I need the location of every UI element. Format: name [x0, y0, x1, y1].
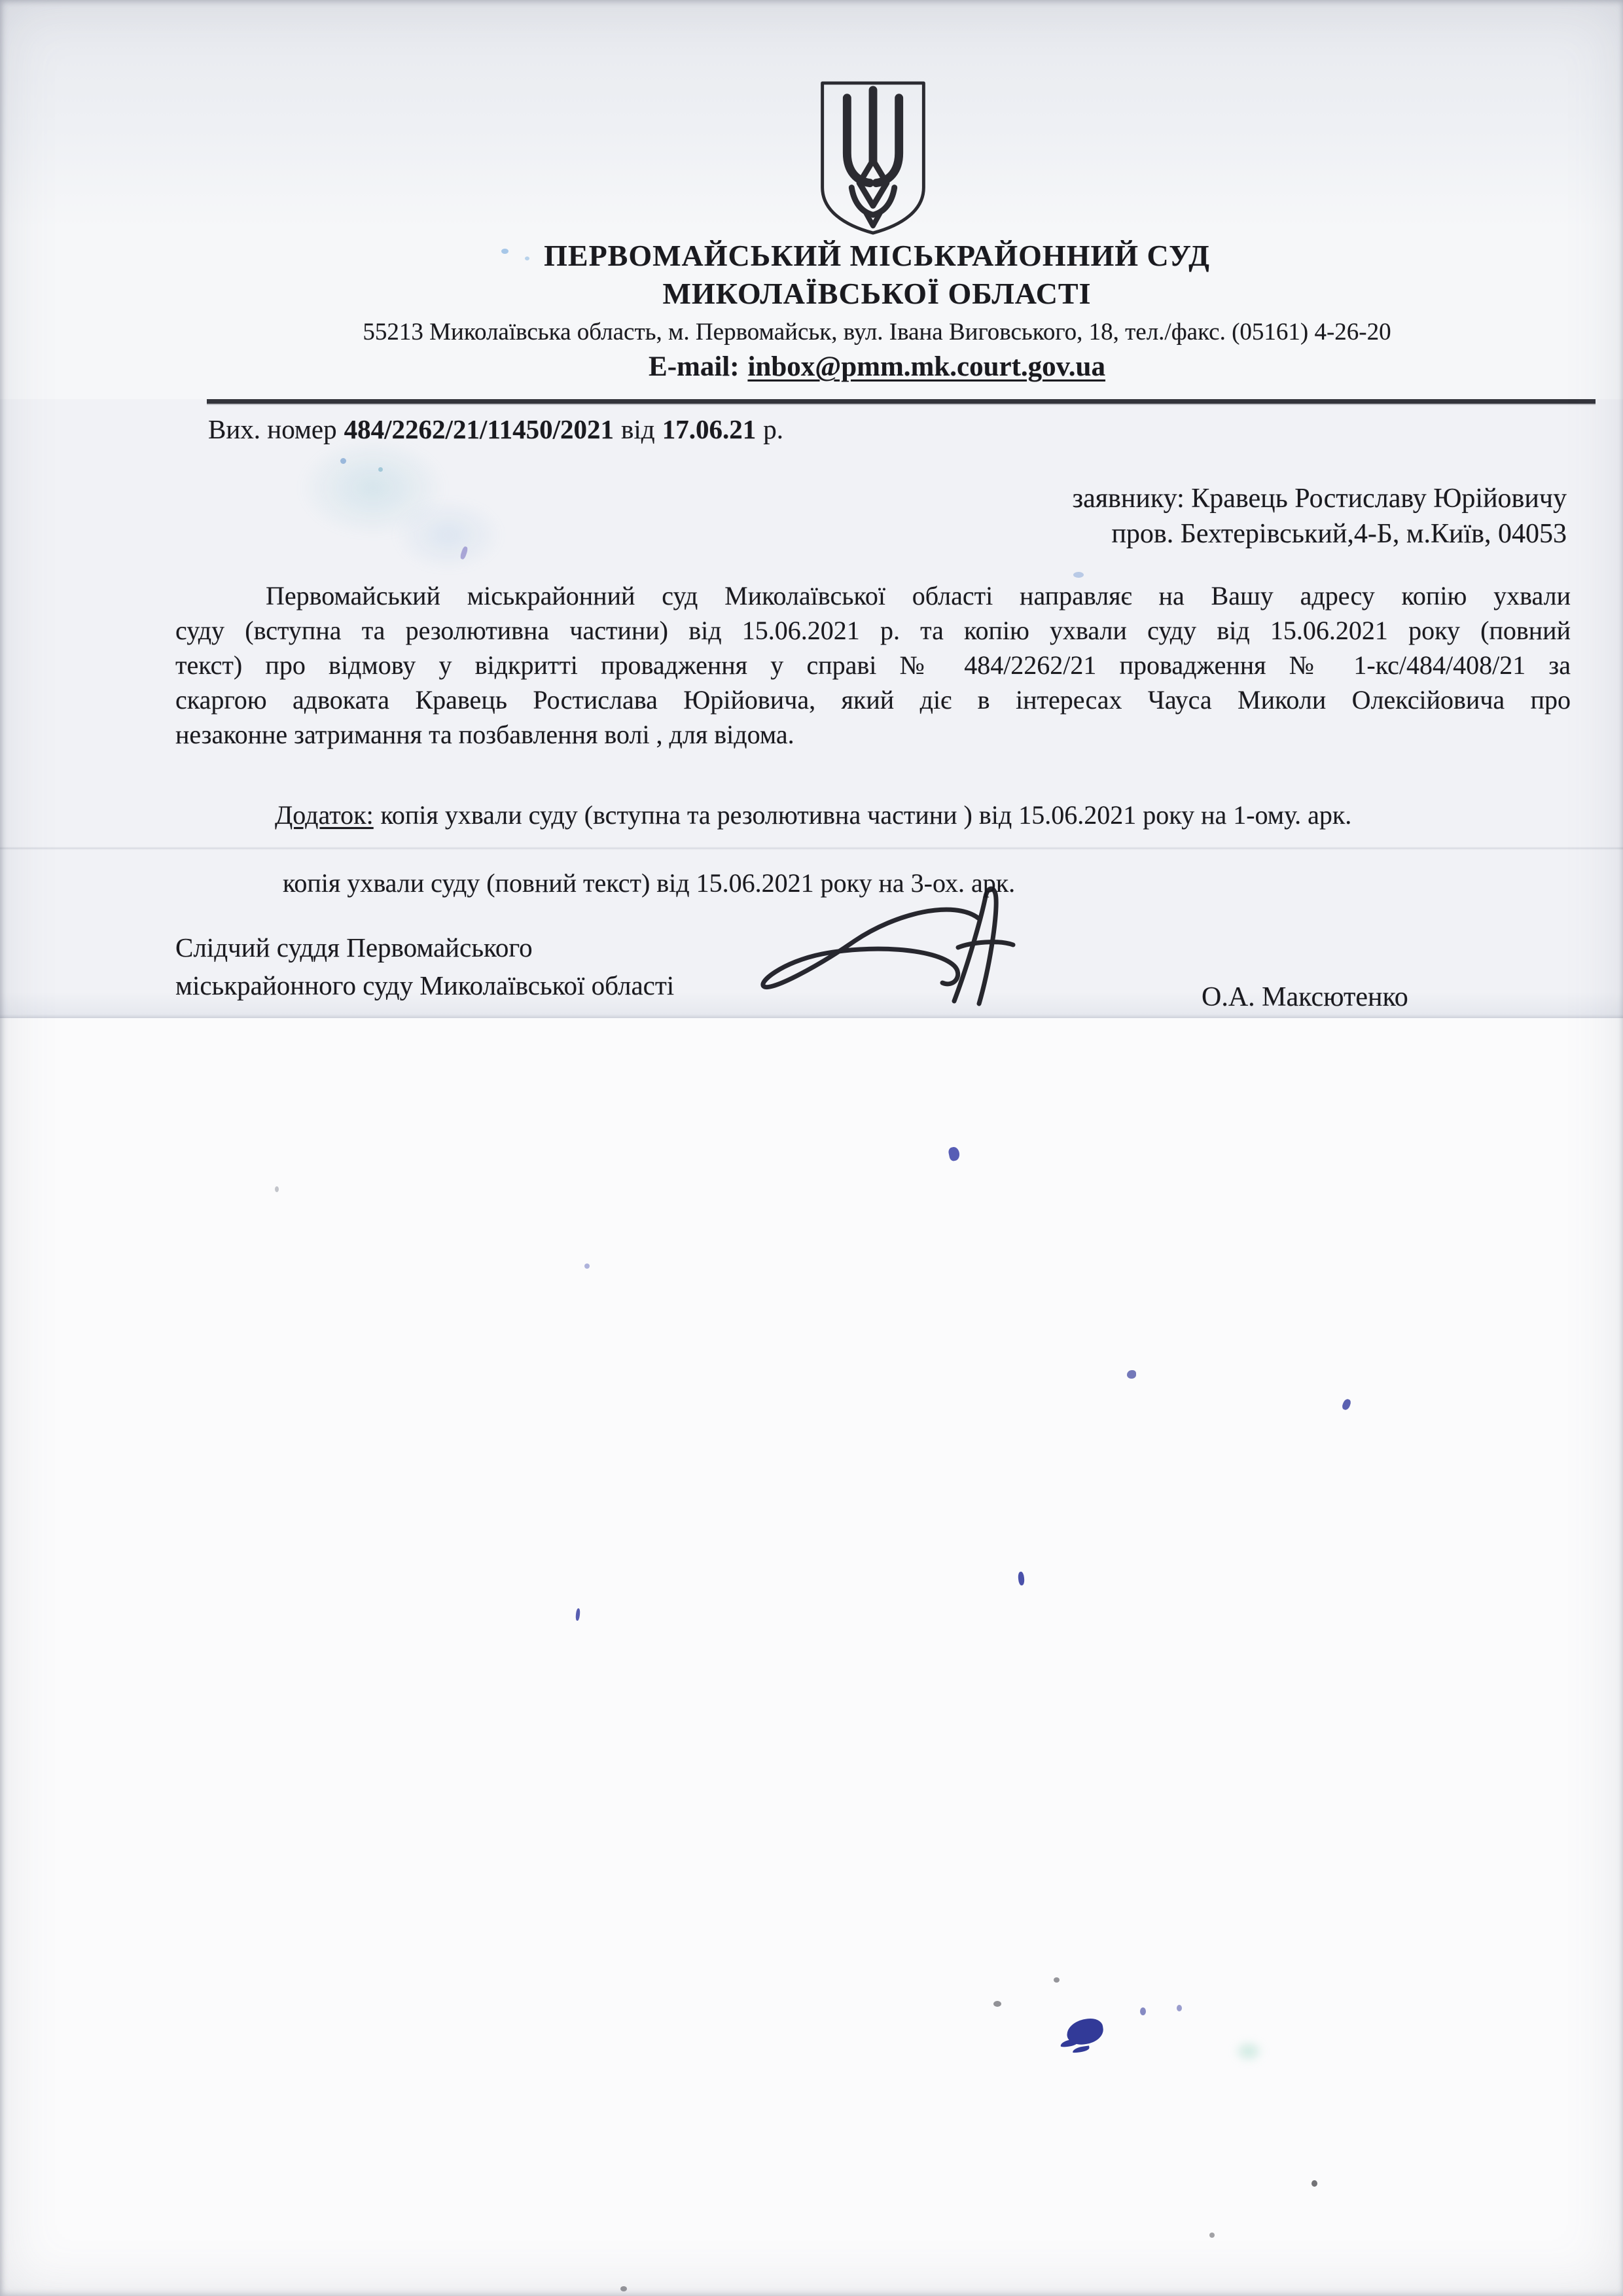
- ink-speck: [993, 2001, 1001, 2007]
- ink-speck: [378, 467, 383, 472]
- ink-speck: [1073, 572, 1084, 578]
- court-address: 55213 Миколаївська область, м. Первомайс…: [0, 318, 1623, 346]
- ink-speck: [1140, 2007, 1146, 2015]
- ink-speck: [1018, 1572, 1025, 1586]
- header-divider-rule: [207, 399, 1596, 404]
- outgoing-ref-line: Вих. номер484/2262/21/11450/2021від17.06…: [208, 414, 783, 445]
- fold-crease-upper: [0, 847, 1623, 850]
- scanned-court-letter: ПЕРВОМАЙСЬКИЙ МІСЬКРАЙОННИЙ СУД МИКОЛАЇВ…: [0, 0, 1623, 2296]
- addressee-name: заявнику: Кравець Ростиславу Юрійовичу: [1073, 483, 1567, 514]
- scan-shading-bottom: [0, 1018, 1623, 2296]
- scan-shading-top: [0, 0, 1623, 229]
- body-line: Первомайський міськрайонний суд Миколаїв…: [175, 578, 1571, 613]
- ink-blot: [1065, 2017, 1105, 2046]
- faded-stamp-smudge: [298, 437, 448, 539]
- ink-speck: [1177, 2005, 1182, 2011]
- attachment-label: Додаток:: [275, 800, 374, 830]
- ref-date: 17.06.21: [662, 414, 757, 444]
- signer-name: О.А. Максютенко: [1202, 981, 1408, 1013]
- faded-stamp-smudge: [1234, 2040, 1264, 2062]
- ref-suffix: р.: [763, 414, 783, 444]
- ink-speck: [620, 2286, 627, 2291]
- email-line: E-mail:inbox@pmm.mk.court.gov.ua: [0, 351, 1623, 383]
- ink-speck: [575, 1608, 580, 1621]
- email-address: inbox@pmm.mk.court.gov.ua: [747, 351, 1105, 382]
- addressee-address: пров. Бехтерівський,4-Б, м.Київ, 04053: [1111, 518, 1567, 550]
- court-name-line2: МИКОЛАЇВСЬКОЇ ОБЛАСТІ: [0, 276, 1623, 311]
- email-label: E-mail:: [649, 351, 740, 382]
- signer-role-line2: міськрайонного суду Миколаївської област…: [175, 970, 674, 1001]
- ink-speck: [459, 546, 469, 559]
- body-line: скаргою адвоката Кравець Ростислава Юрій…: [175, 682, 1571, 717]
- attachment-1-text: копія ухвали суду (вступна та резолютивн…: [381, 800, 1352, 830]
- ink-speck: [1341, 1398, 1352, 1411]
- body-line: текст) про відмову у відкритті проваджен…: [175, 648, 1571, 682]
- court-name-line1: ПЕРВОМАЙСЬКИЙ МІСЬКРАЙОННИЙ СУД: [0, 238, 1623, 273]
- body-line: суду (вступна та резолютивна частини) ві…: [175, 613, 1571, 648]
- faded-stamp-smudge: [393, 497, 504, 573]
- ink-speck: [340, 458, 346, 464]
- ukraine-trident-shield-icon: [817, 79, 929, 238]
- ink-speck: [1311, 2180, 1317, 2187]
- ref-number: 484/2262/21/11450/2021: [344, 414, 614, 444]
- ink-speck: [1209, 2233, 1215, 2238]
- handwritten-signature: [738, 885, 1024, 1016]
- signer-role-line1: Слідчий суддя Первомайського: [175, 932, 533, 963]
- ink-speck: [275, 1186, 279, 1192]
- body-line: незаконне затримання та позбавлення волі…: [175, 717, 1571, 752]
- ref-connector: від: [621, 414, 655, 444]
- ink-speck: [584, 1263, 590, 1269]
- ref-prefix: Вих. номер: [208, 414, 337, 444]
- ink-speck: [1054, 1977, 1060, 1983]
- ink-speck: [1127, 1370, 1136, 1379]
- attachment-line-1: Додаток:копія ухвали суду (вступна та ре…: [275, 800, 1351, 830]
- body-paragraph: Первомайський міськрайонний суд Миколаїв…: [175, 578, 1571, 752]
- ink-speck: [948, 1146, 961, 1162]
